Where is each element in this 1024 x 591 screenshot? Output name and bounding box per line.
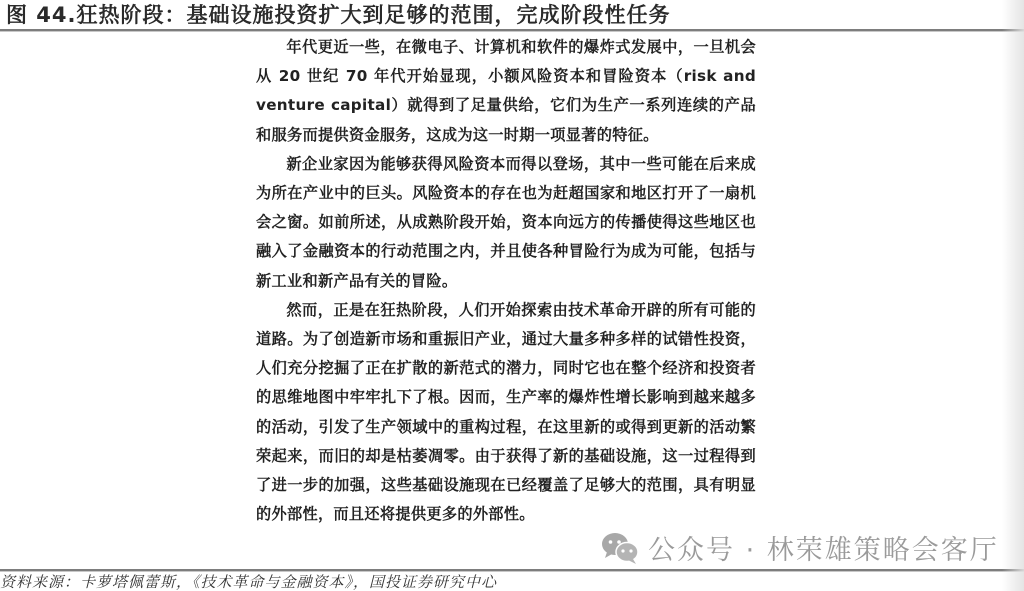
paragraph-new-entrepreneurs: 新企业家因为能够获得风险资本而得以登场，其中一些可能在后来成为所在产业中的巨头。… <box>256 150 756 296</box>
figure-title: 图 44.狂热阶段：基础设施投资扩大到足够的范围，完成阶段性任务 <box>6 1 671 29</box>
wechat-icon <box>600 531 640 565</box>
source-note: 资料来源：卡萝塔佩蕾斯，《技术革命与金融资本》，国投证券研究中心 <box>0 573 497 591</box>
paragraph-venture-capital: 年代更近一些，在微电子、计算机和软件的爆炸式发展中，一旦机会从 20 世纪 70… <box>256 33 756 150</box>
scanned-book-excerpt: 年代更近一些，在微电子、计算机和软件的爆炸式发展中，一旦机会从 20 世纪 70… <box>256 33 756 529</box>
top-rule-divider <box>0 29 1024 32</box>
paragraph-frenzy-phase: 然而，正是在狂热阶段，人们开始探索由技术革命开辟的所有可能的道路。为了创造新市场… <box>256 296 756 530</box>
watermark-text: 公众号 · 林荣雄策略会客厅 <box>648 528 999 567</box>
wechat-watermark: 公众号 · 林荣雄策略会客厅 <box>600 528 999 567</box>
bottom-rule-divider <box>0 569 1024 572</box>
scan-edge-shadow <box>1002 0 1024 591</box>
